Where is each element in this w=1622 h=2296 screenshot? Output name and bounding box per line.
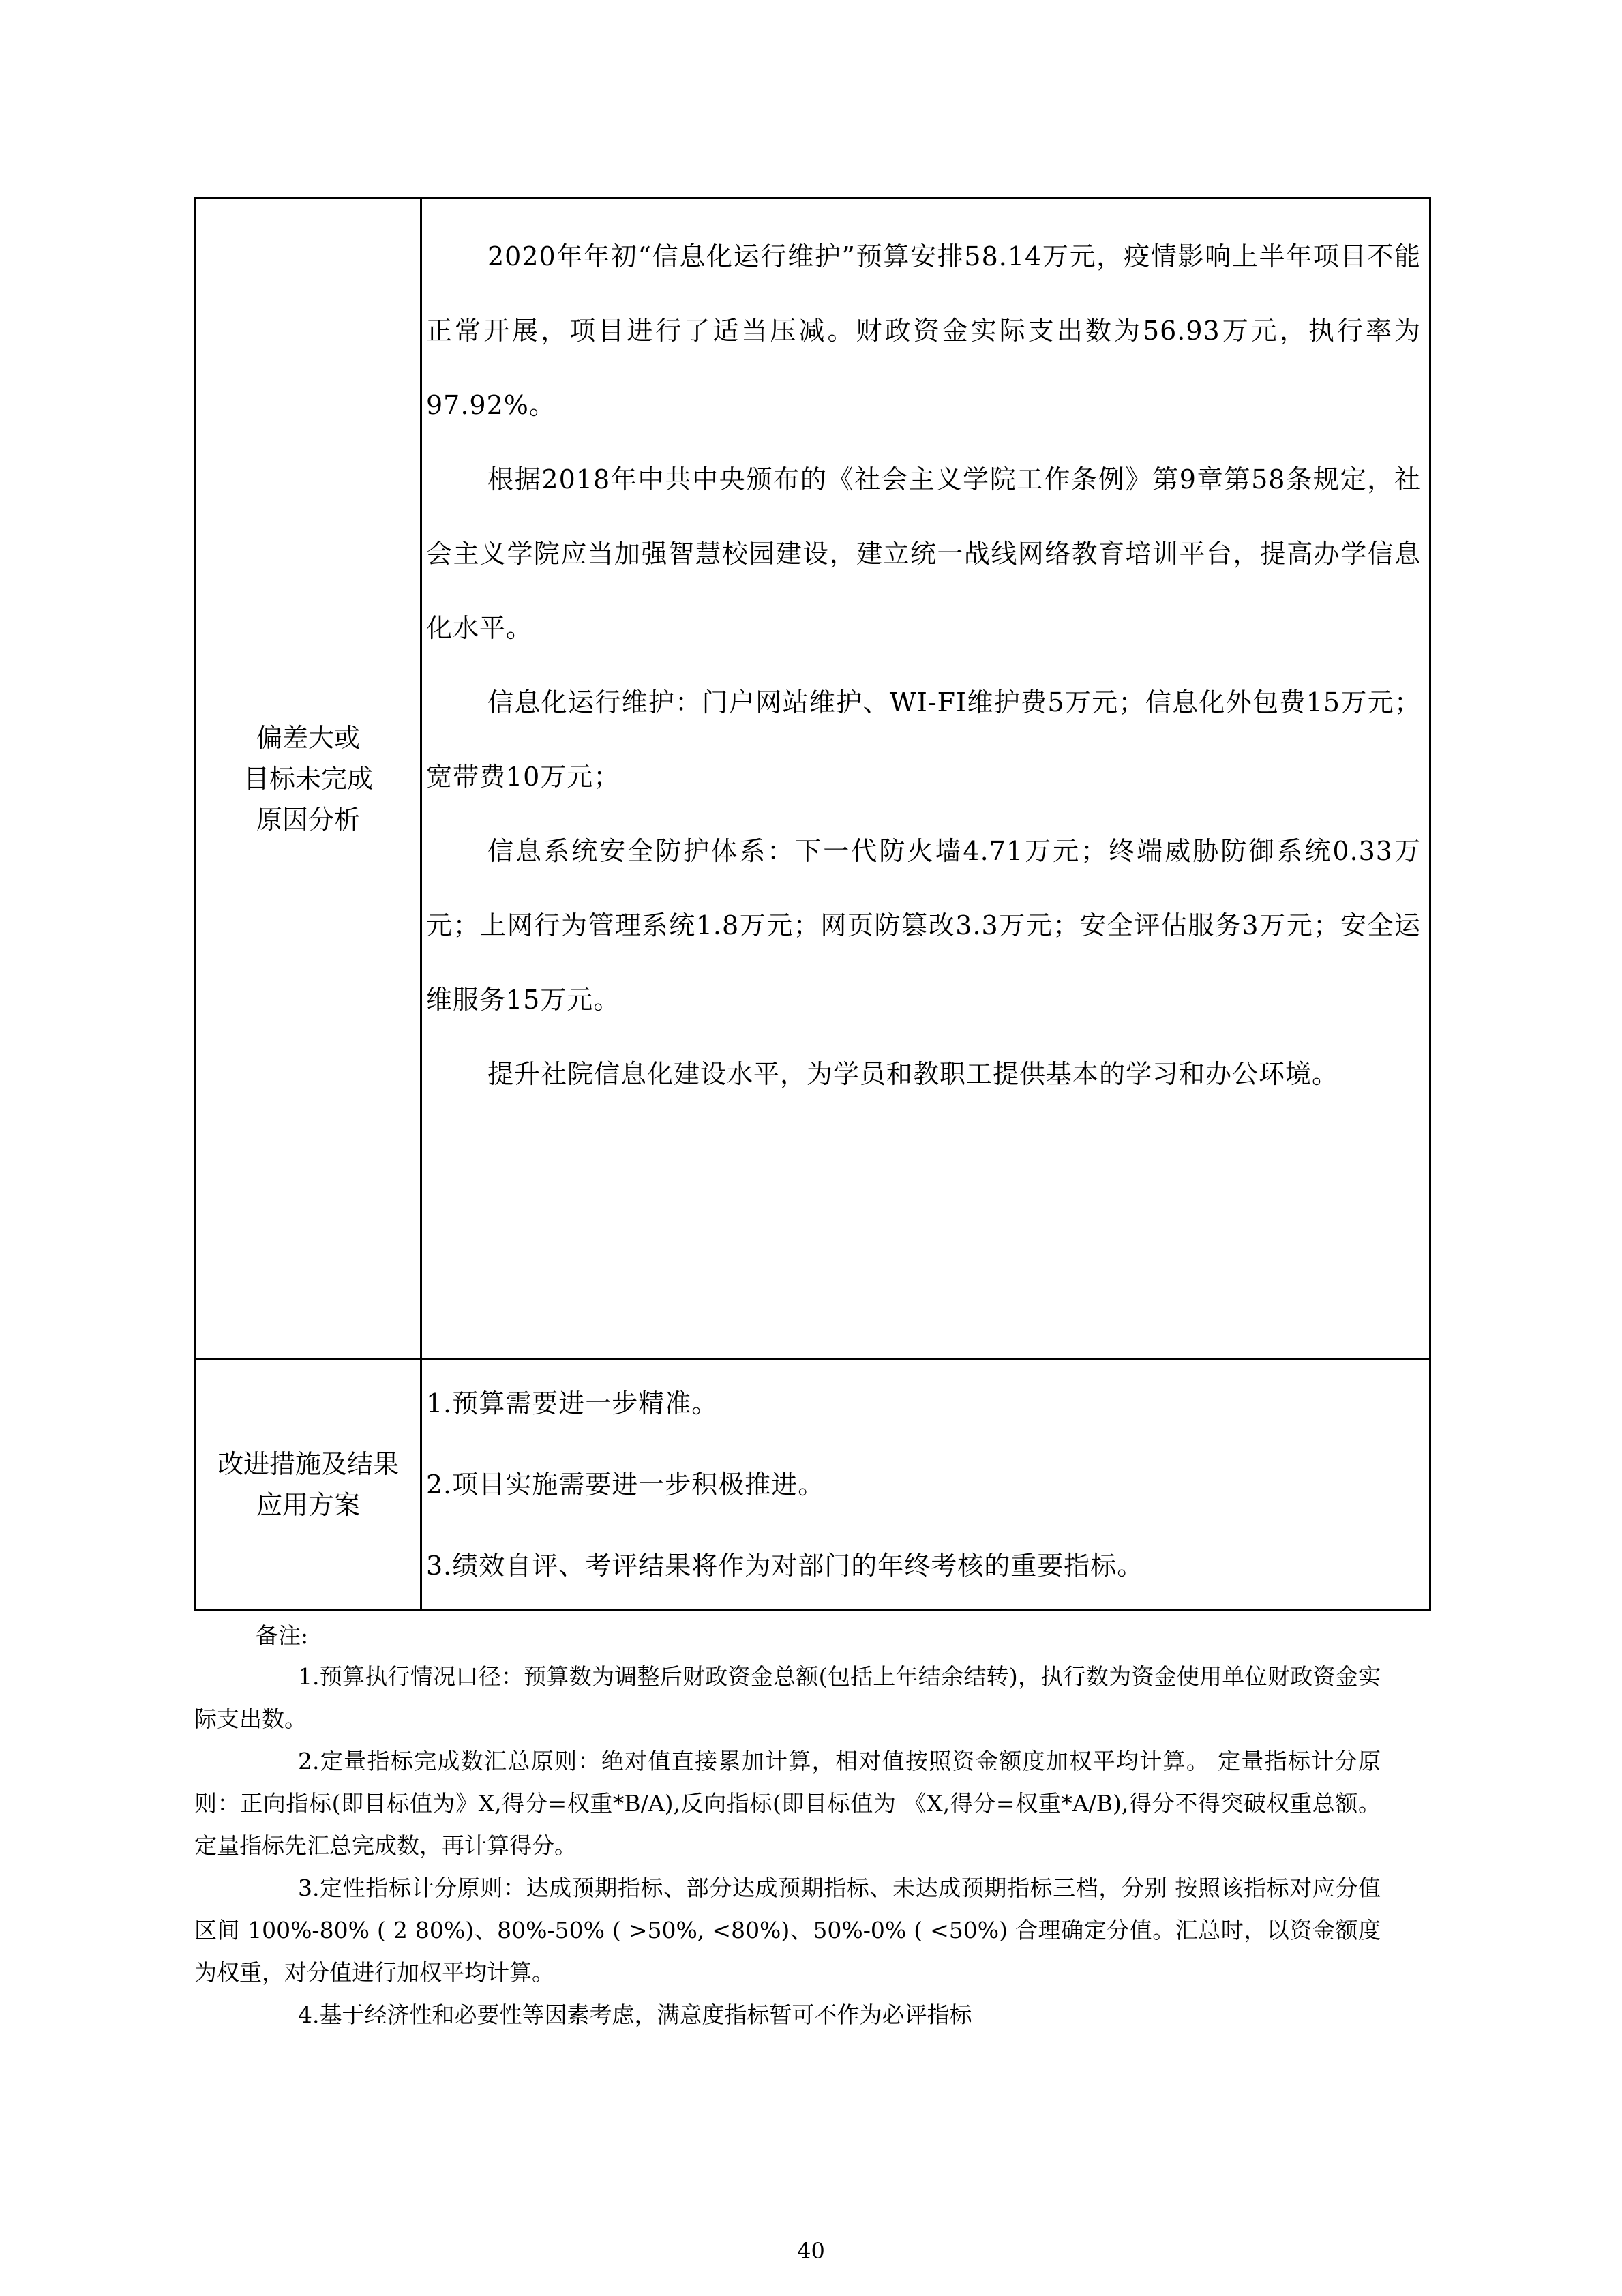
note-item: 3.定性指标计分原则：达成预期指标、部分达成预期指标、未达成预期指标三档，分别 … <box>194 1867 1381 1994</box>
row-label-deviation-analysis: 偏差大或 目标未完成 原因分析 <box>196 198 421 1360</box>
list-item: 2.项目实施需要进一步积极推进。 <box>426 1444 1425 1525</box>
label-line: 应用方案 <box>196 1485 420 1525</box>
page-number: 40 <box>0 2238 1622 2264</box>
document-page: 偏差大或 目标未完成 原因分析 2020年年初“信息化运行维护”预算安排58.1… <box>0 0 1622 2296</box>
paragraph-budget-execution: 2020年年初“信息化运行维护”预算安排58.14万元，疫情影响上半年项目不能正… <box>426 220 1421 443</box>
table-row-improvement-measures: 改进措施及结果 应用方案 1.预算需要进一步精准。 2.项目实施需要进一步积极推… <box>196 1360 1430 1610</box>
label-line: 改进措施及结果 <box>196 1444 420 1485</box>
paragraph-regulation-basis: 根据2018年中共中央颁布的《社会主义学院工作条例》第9章第58条规定，社会主义… <box>426 443 1421 666</box>
note-item: 2.定量指标完成数汇总原则：绝对值直接累加计算，相对值按照资金额度加权平均计算。… <box>194 1740 1381 1867</box>
list-item: 1.预算需要进一步精准。 <box>426 1363 1425 1444</box>
note-item: 1.预算执行情况口径：预算数为调整后财政资金总额(包括上年结余结转)，执行数为资… <box>194 1656 1381 1740</box>
paragraph-security-system: 信息系统安全防护体系：下一代防火墙4.71万元；终端威胁防御系统0.33万元；上… <box>426 814 1421 1037</box>
improvement-measures-content: 1.预算需要进一步精准。 2.项目实施需要进一步积极推进。 3.绩效自评、考评结… <box>421 1360 1430 1610</box>
paragraph-goal: 提升社院信息化建设水平，为学员和教职工提供基本的学习和办公环境。 <box>426 1037 1421 1112</box>
label-line: 偏差大或 <box>196 717 420 758</box>
table-row-deviation-analysis: 偏差大或 目标未完成 原因分析 2020年年初“信息化运行维护”预算安排58.1… <box>196 198 1430 1360</box>
deviation-analysis-content: 2020年年初“信息化运行维护”预算安排58.14万元，疫情影响上半年项目不能正… <box>421 198 1430 1360</box>
notes-title: 备注: <box>256 1616 1381 1656</box>
label-line: 目标未完成 <box>196 758 420 799</box>
row-label-improvement-measures: 改进措施及结果 应用方案 <box>196 1360 421 1610</box>
note-item: 4.基于经济性和必要性等因素考虑，满意度指标暂可不作为必评指标 <box>194 1994 1381 2036</box>
paragraph-it-maintenance: 信息化运行维护：门户网站维护、WI-FI维护费5万元；信息化外包费15万元；宽带… <box>426 666 1421 814</box>
label-line: 原因分析 <box>196 799 420 840</box>
list-item: 3.绩效自评、考评结果将作为对部门的年终考核的重要指标。 <box>426 1525 1425 1607</box>
performance-evaluation-table: 偏差大或 目标未完成 原因分析 2020年年初“信息化运行维护”预算安排58.1… <box>194 197 1431 1611</box>
notes-section: 备注: 1.预算执行情况口径：预算数为调整后财政资金总额(包括上年结余结转)，执… <box>194 1616 1381 2036</box>
